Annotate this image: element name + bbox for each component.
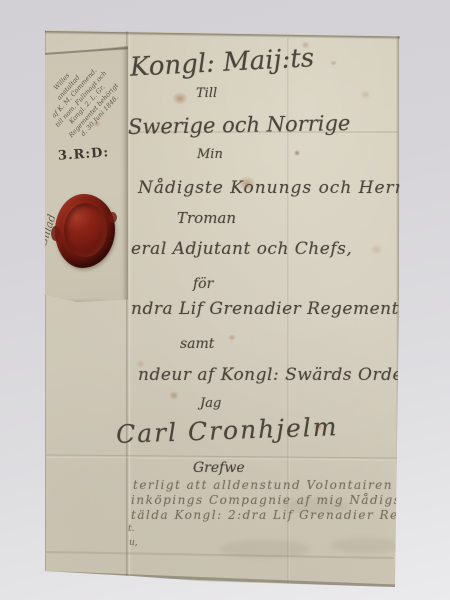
wax-seal-drip — [108, 212, 117, 223]
doc-line: Troman — [177, 209, 236, 227]
photo-backdrop: Willes anstaltad af K. M. Commend. till … — [0, 0, 450, 600]
stain — [360, 90, 371, 99]
smudge — [330, 538, 400, 553]
stain — [169, 391, 179, 400]
doc-line: för — [193, 276, 213, 292]
doc-line: tälda Kongl: 2:dra Lif Grenadier Reg — [131, 508, 408, 522]
stain — [370, 244, 383, 255]
doc-line-name: Carl Cronhjelm — [116, 412, 339, 449]
stain — [172, 92, 188, 105]
doc-line: inköpings Compagnie af mig Nådigst — [131, 493, 408, 507]
paper-bottom-edge — [45, 571, 397, 588]
doc-margin-mark: t. — [128, 524, 134, 534]
fold-crease-horizontal-lower — [46, 551, 394, 559]
doc-line: Till — [196, 86, 217, 101]
doc-line: eral Adjutant och Chefs, — [131, 239, 352, 259]
smudge — [220, 540, 310, 558]
doc-line: Min — [197, 147, 223, 162]
doc-line: samt — [180, 336, 214, 352]
wax-seal-drip — [51, 226, 60, 241]
doc-margin-mark: u, — [129, 538, 138, 548]
doc-line: ndeur af Kongl: Swärds Orden — [138, 365, 415, 385]
doc-line: terligt att alldenstund Volontairen — [133, 478, 393, 492]
doc-line: Jag — [200, 396, 221, 411]
stain — [228, 334, 236, 341]
doc-line: Swerige och Norrige — [128, 111, 351, 139]
doc-line: Grefwe — [193, 460, 245, 476]
doc-line: ndra Lif Grenadier Regementet — [131, 299, 417, 319]
stain — [294, 150, 300, 156]
document-paper: Willes anstaltad af K. M. Commend. till … — [0, 0, 450, 600]
doc-line-title: Kongl: Maij:ts — [129, 43, 314, 83]
stain — [330, 60, 337, 66]
doc-line: Nådigste Konungs och Herres — [138, 178, 425, 198]
bottom-left-mark — [57, 575, 79, 578]
